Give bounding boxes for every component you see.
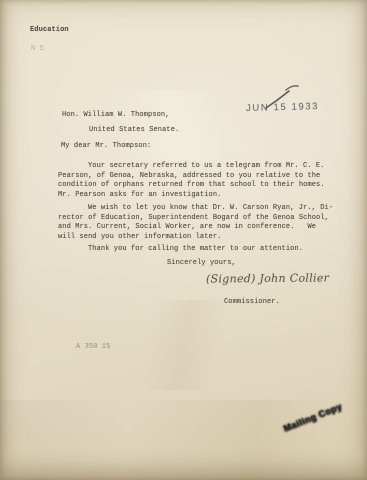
body-line: will send you other information later. xyxy=(58,233,221,242)
smudged-copy-stamp: Mailing Copy xyxy=(282,379,367,433)
typist-initials: N S xyxy=(31,45,44,54)
body-line: Thank you for calling the matter to our … xyxy=(58,245,303,254)
recipient-address: United States Senate. xyxy=(89,126,179,135)
body-line: Mr. Pearson asks for an investigation. xyxy=(58,191,221,200)
salutation: My dear Mr. Thompson: xyxy=(61,142,151,151)
signature-title: Commissioner. xyxy=(224,298,280,307)
typed-signature: (Signed) John Collier xyxy=(206,273,329,283)
body-line: We wish to let you know that Dr. W. Cars… xyxy=(58,204,333,213)
body-line: condition of orphans returned from that … xyxy=(58,181,325,190)
body-line: Pearson, of Genoa, Nebraska, addressed t… xyxy=(58,172,320,181)
paper-wrinkle xyxy=(0,300,367,390)
classification-heading: Education xyxy=(30,26,69,35)
body-line: Your secretary referred to us a telegram… xyxy=(58,162,325,171)
file-reference-number: A 350 15 xyxy=(76,343,110,352)
body-line: rector of Education, Superintendent Boga… xyxy=(58,214,329,223)
letter-document: Education N S JUN 15 1933 Hon. William W… xyxy=(0,0,367,480)
received-date-stamp: JUN 15 1933 xyxy=(246,102,319,113)
body-line: and Mrs. Current, Social Worker, are now… xyxy=(58,223,316,232)
recipient-name: Hon. William W. Thompson, xyxy=(62,111,170,120)
closing-phrase: Sincerely yours, xyxy=(167,259,236,268)
